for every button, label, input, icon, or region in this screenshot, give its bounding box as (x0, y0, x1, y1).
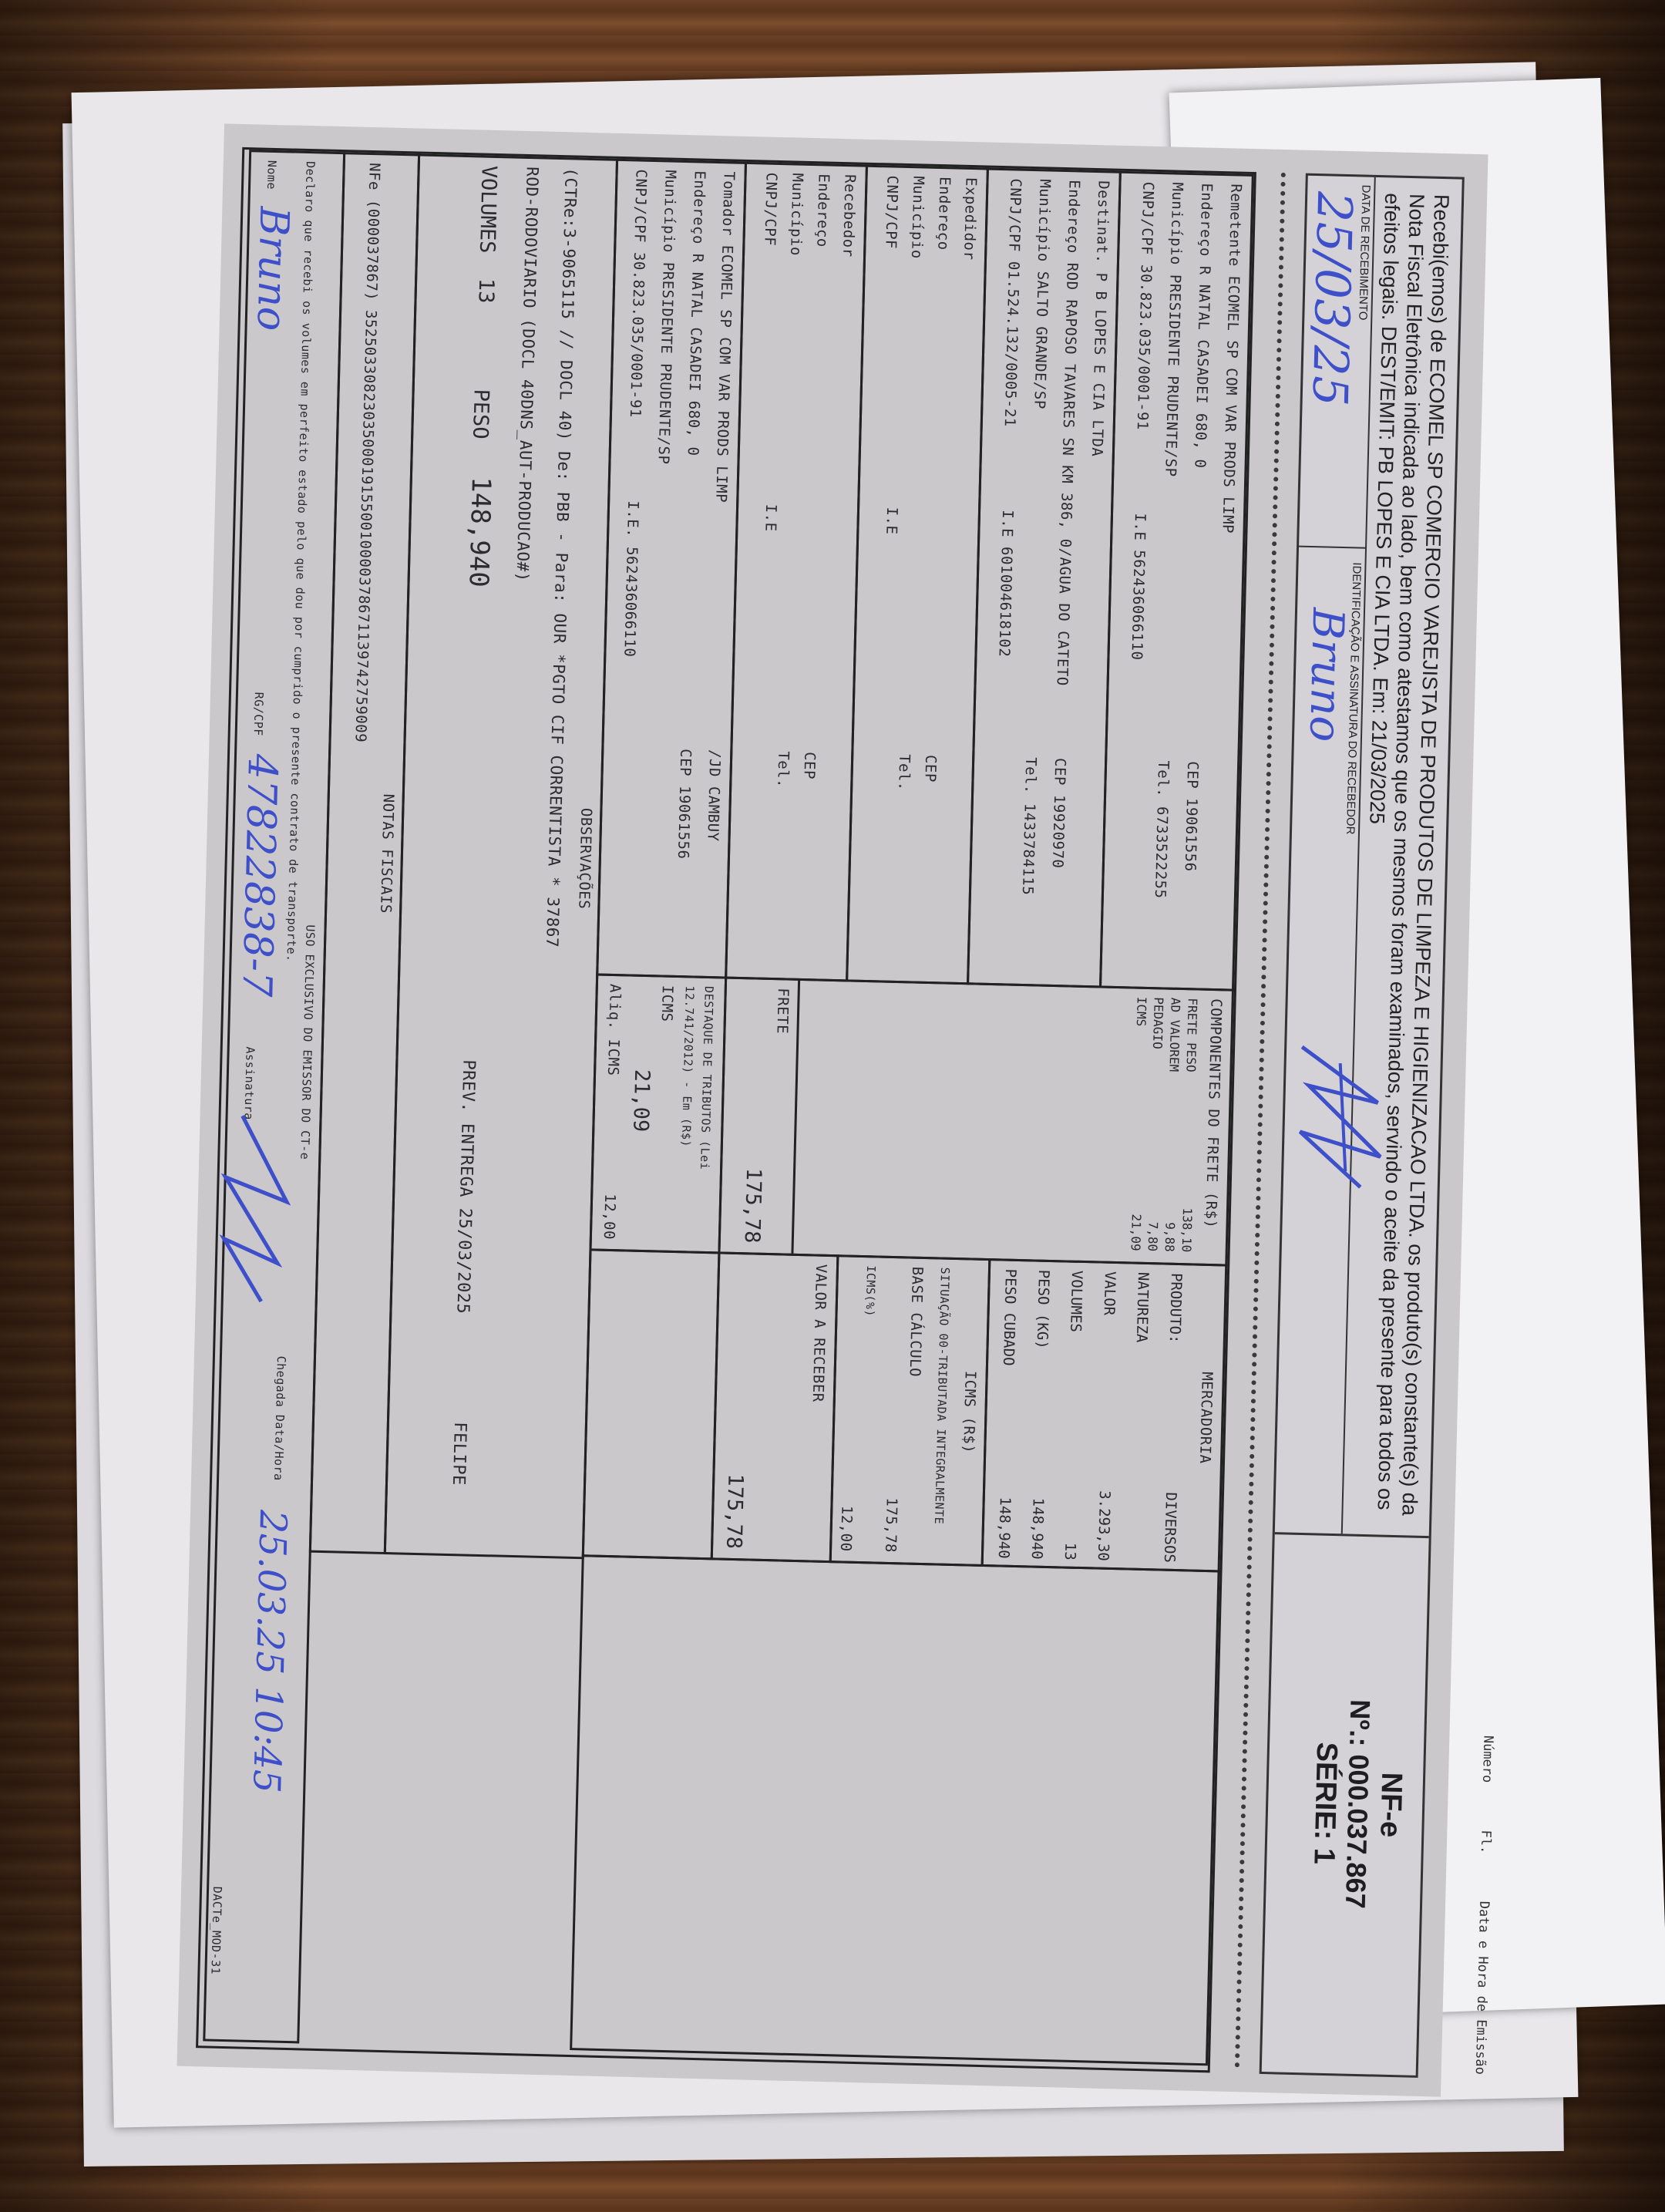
cep-label: CEP (1051, 758, 1068, 786)
destinatario-endereco: ROD RAPOSO TAVARES SN KM 386, 0/AGUA DO … (1054, 262, 1081, 686)
tel-label: Tel. (893, 754, 913, 791)
destinatario-section: Destinat. P B LOPES E CIA LTDA Endereço … (967, 168, 1122, 988)
peso-value: 148,940 (462, 476, 496, 588)
tel-label: Tel. (1154, 760, 1172, 797)
endereco-label: Endereço (812, 173, 832, 247)
remetente-cnpj: 30.823.035/0001-91 (1134, 264, 1155, 430)
mercadoria-label: PRODUTO: (1158, 1272, 1192, 1344)
tomador-bairro: /JD CAMBUY (702, 749, 724, 842)
endereco-label: Endereço (689, 170, 708, 244)
municipio-label: Município (1167, 182, 1186, 265)
mercadoria-row: PRODUTO:DIVERSOS (1152, 1272, 1192, 1563)
componente-value: 138,10 (1178, 1207, 1196, 1252)
ie-label: I.E (881, 507, 901, 534)
cnpj-label: CNPJ/CPF (759, 172, 780, 246)
aliq-icms-label: Aliq. ICMS (603, 984, 624, 1076)
destinatario-label: Destinat. (1093, 180, 1112, 264)
mercadoria-list: PRODUTO:DIVERSOSNATUREZAVALOR3.293,30VOL… (987, 1268, 1192, 1563)
endereco-label: Endereço (1064, 180, 1082, 254)
valor-receber-value: 175,78 (721, 1473, 746, 1549)
receipt-stub: Recebi(emos) de ECOMEL SP COMERCIO VAREJ… (1260, 173, 1465, 2078)
valor-receber-label: VALOR A RECEBER (808, 1264, 830, 1402)
cep-label: CEP (677, 749, 695, 776)
mercadoria-row: PESO CUBADO148,940 (987, 1268, 1027, 1559)
remetente-ie: 562436066110 (1128, 550, 1147, 661)
tel-label: Tel. (1021, 757, 1039, 794)
tomador-cep: 19061556 (674, 786, 693, 860)
remetente-name: ECOMEL SP COM VAR PRODS LIMP (1219, 276, 1242, 534)
cep-label: CEP (920, 755, 940, 783)
volumes-value: 13 (473, 278, 498, 304)
mercadoria-value: DIVERSOS (1152, 1492, 1187, 1564)
tomador-name: ECOMEL SP COM VAR PRODS LIMP (712, 245, 735, 503)
ie-label: I.E (760, 503, 780, 531)
receipt-statement: Recebi(emos) de ECOMEL SP COMERCIO VAREJ… (1347, 193, 1454, 1520)
volumes-label: VOLUMES (475, 165, 501, 254)
numero-label: Número (1479, 1736, 1495, 1783)
remetente-municipio: PRESIDENTE PRUDENTE/SP (1162, 274, 1183, 477)
componente-value: 9,88 (1161, 1222, 1179, 1252)
handwritten-rg: 47822838-7 (233, 753, 285, 998)
recebedor-label: Recebedor (838, 174, 859, 258)
cep-label: CEP (799, 752, 819, 779)
componente-label: ICMS (1132, 996, 1150, 1026)
fl-label: Fl. (1478, 1830, 1494, 1853)
tomador-cnpj: 30.823.035/0001-91 (627, 252, 647, 418)
destaque-aliq-value: 12,00 (599, 1194, 619, 1240)
remetente-section: Remetente ECOMEL SP COM VAR PRODS LIMP E… (1099, 171, 1254, 992)
cnpj-label: CNPJ/CPF (1138, 181, 1156, 255)
tel-label: Tel. (772, 751, 792, 788)
form-code: DACTe_MOD-31 (205, 1886, 227, 1975)
icms-aliq-label: ICMS(%) (859, 1265, 880, 1317)
remetente-tel: 6733522255 (1152, 806, 1171, 899)
prev-entrega-label: PREV. ENTREGA (456, 1059, 478, 1197)
emitter-area (570, 1554, 1219, 2066)
destinatario-municipio: SALTO GRANDE/SP (1031, 271, 1051, 409)
expedidor-section: Expedidor Endereço Município CNPJ/CPF I.… (846, 165, 989, 985)
remetente-label: Remetente (1226, 183, 1245, 267)
icms-aliq-value: 12,00 (836, 1506, 856, 1552)
municipio-label: Município (906, 176, 928, 259)
mercadoria-label: PESO (KG) (1025, 1269, 1061, 1349)
componente-label: FRETE PESO (1182, 998, 1200, 1072)
nome-label: Nome (261, 160, 281, 190)
destinatario-cnpj: 01.524.132/0005-21 (1001, 261, 1022, 427)
endereco-label: Endereço (1196, 183, 1215, 257)
destaque-tributos-section: DESTAQUE DE TRIBUTOS (Lei 12.741/2012) -… (589, 973, 727, 1254)
icms-label: ICMS (657, 985, 677, 1022)
chegada-label: Chegada Data/Hora (268, 1355, 291, 1481)
mercadoria-section: MERCADORIA PRODUTO:DIVERSOSNATUREZAVALOR… (981, 1258, 1228, 1572)
cnpj-label: CNPJ/CPF (1005, 178, 1024, 252)
ie-label: I.E. (624, 500, 641, 537)
mercadoria-label: PESO CUBADO (991, 1268, 1027, 1366)
mercadoria-row: VALOR3.293,30 (1086, 1271, 1126, 1561)
mercadoria-title: MERCADORIA (1192, 1266, 1219, 1570)
destinatario-name: P B LOPES E CIA LTDA (1088, 272, 1110, 456)
remetente-cep: 19061556 (1182, 798, 1200, 872)
rg-label: RG/CPF (248, 692, 268, 736)
cnpj-label: CNPJ/CPF (880, 175, 901, 249)
tomador-ie: 562436066110 (621, 547, 640, 658)
destaque-tributos-title: DESTAQUE DE TRIBUTOS (Lei 12.741/2012) -… (674, 985, 718, 1248)
mercadoria-value: 148,940 (1020, 1497, 1054, 1560)
recebedor-section: Recebedor Endereço Município CNPJ/CPF I.… (725, 162, 868, 982)
blank-box (582, 1248, 721, 1560)
observacoes-section: OBSERVAÇÕES (CTRe:3-9065115 // DOCL 40) … (384, 153, 618, 1559)
base-calculo-value: 175,78 (880, 1497, 901, 1553)
mercadoria-label: NATUREZA (1125, 1271, 1159, 1343)
observacoes-line-1: (CTRe:3-9065115 // DOCL 40) De: PBB - Pa… (542, 167, 580, 948)
peso-label: PESO (468, 389, 493, 439)
icms-section: ICMS (R$) SITUAÇÃO 00-TRIBUTADA INTEGRAL… (829, 1254, 991, 1567)
handwritten-receipt-date: 25/03/25 (1302, 191, 1364, 407)
handwritten-nome: Bruno (247, 206, 297, 332)
frete-label: FRETE (772, 988, 792, 1034)
endereco-label: Endereço (933, 177, 954, 251)
tomador-municipio: PRESIDENTE PRUDENTE/SP (654, 262, 676, 465)
destinatario-tel: 1433784115 (1019, 803, 1038, 896)
componente-value: 7,80 (1144, 1221, 1162, 1251)
responsavel-name: FELIPE (449, 1422, 469, 1486)
cnpj-label: CNPJ/CPF (631, 169, 649, 243)
icms-title: ICMS (R$) (956, 1260, 983, 1564)
icms-situacao: SITUAÇÃO 00-TRIBUTADA INTEGRALMENTE (929, 1267, 954, 1524)
componentes-frete-list: FRETE PESO138,10AD VALOREM9,88PEDAGIO7,8… (1127, 996, 1201, 1252)
mercadoria-label: VALOR (1092, 1271, 1126, 1315)
componentes-frete-section: COMPONENTES DO FRETE (R$) FRETE PESO138,… (718, 977, 1234, 1267)
tomador-label: Tomador (719, 171, 738, 236)
componentes-frete-title: COMPONENTES DO FRETE (R$) (1200, 998, 1225, 1229)
expedidor-label: Expedidor (959, 177, 980, 261)
componente-value: 21,09 (1127, 1214, 1145, 1251)
destaque-icms-value: 21,09 (628, 1069, 653, 1133)
mercadoria-value: 3.293,30 (1086, 1490, 1121, 1562)
handwritten-receiver-name: Bruno (1300, 608, 1353, 742)
mercadoria-value: 148,940 (987, 1497, 1021, 1559)
dacte-document: Número Fl. Data e Hora de Emissão Recebi… (177, 123, 1488, 2096)
signature-scribble-icon (214, 1108, 304, 1311)
cep-label: CEP (1183, 761, 1201, 789)
municipio-label: Município (660, 170, 679, 253)
tomador-section: Tomador ECOMEL SP COM VAR PRODS LIMP End… (596, 159, 747, 979)
destinatario-ie: 601004618102 (995, 547, 1014, 658)
mercadoria-label: VOLUMES (1058, 1270, 1093, 1332)
nfe-key: NFe (000037867) 352503308230350001915500… (350, 163, 383, 743)
valor-receber-section: VALOR A RECEBER 175,78 (711, 1251, 839, 1563)
componente-label: AD VALOREM (1165, 998, 1183, 1072)
ie-label: I.E (998, 510, 1016, 537)
signature-scribble-icon (1283, 1039, 1395, 1195)
observacoes-line-2: ROD-RODOVIARIO (DOCL 40DNS_AUT-PRODUCAO#… (513, 167, 542, 582)
mercadoria-value (1119, 1561, 1152, 1562)
handwritten-chegada: 25.03.25 10:45 (244, 1510, 294, 1794)
municipio-label: Município (1034, 179, 1054, 262)
nfe-box: NF-e Nº.: 000.037.867 SÉRIE: 1 (1302, 1548, 1413, 2059)
componente-label: PEDAGIO (1149, 997, 1167, 1049)
prev-entrega-value: 25/03/2025 (452, 1208, 474, 1315)
tomador-endereco: R NATAL CASADEI 680, 0 (684, 254, 706, 456)
base-calculo-label: BASE CÁLCULO (905, 1266, 927, 1377)
dacte-body: Remetente ECOMEL SP COM VAR PRODS LIMP E… (196, 147, 1256, 2072)
destinatario-cep: 19920970 (1049, 795, 1068, 869)
mercadoria-value: 13 (1053, 1542, 1087, 1561)
frete-value: 175,78 (740, 1168, 765, 1244)
remetente-endereco: R NATAL CASADEI 680, 0 (1191, 266, 1213, 469)
municipio-label: Município (785, 173, 807, 256)
ie-label: I.E (1131, 513, 1149, 540)
mercadoria-row: PESO (KG)148,940 (1020, 1269, 1060, 1560)
